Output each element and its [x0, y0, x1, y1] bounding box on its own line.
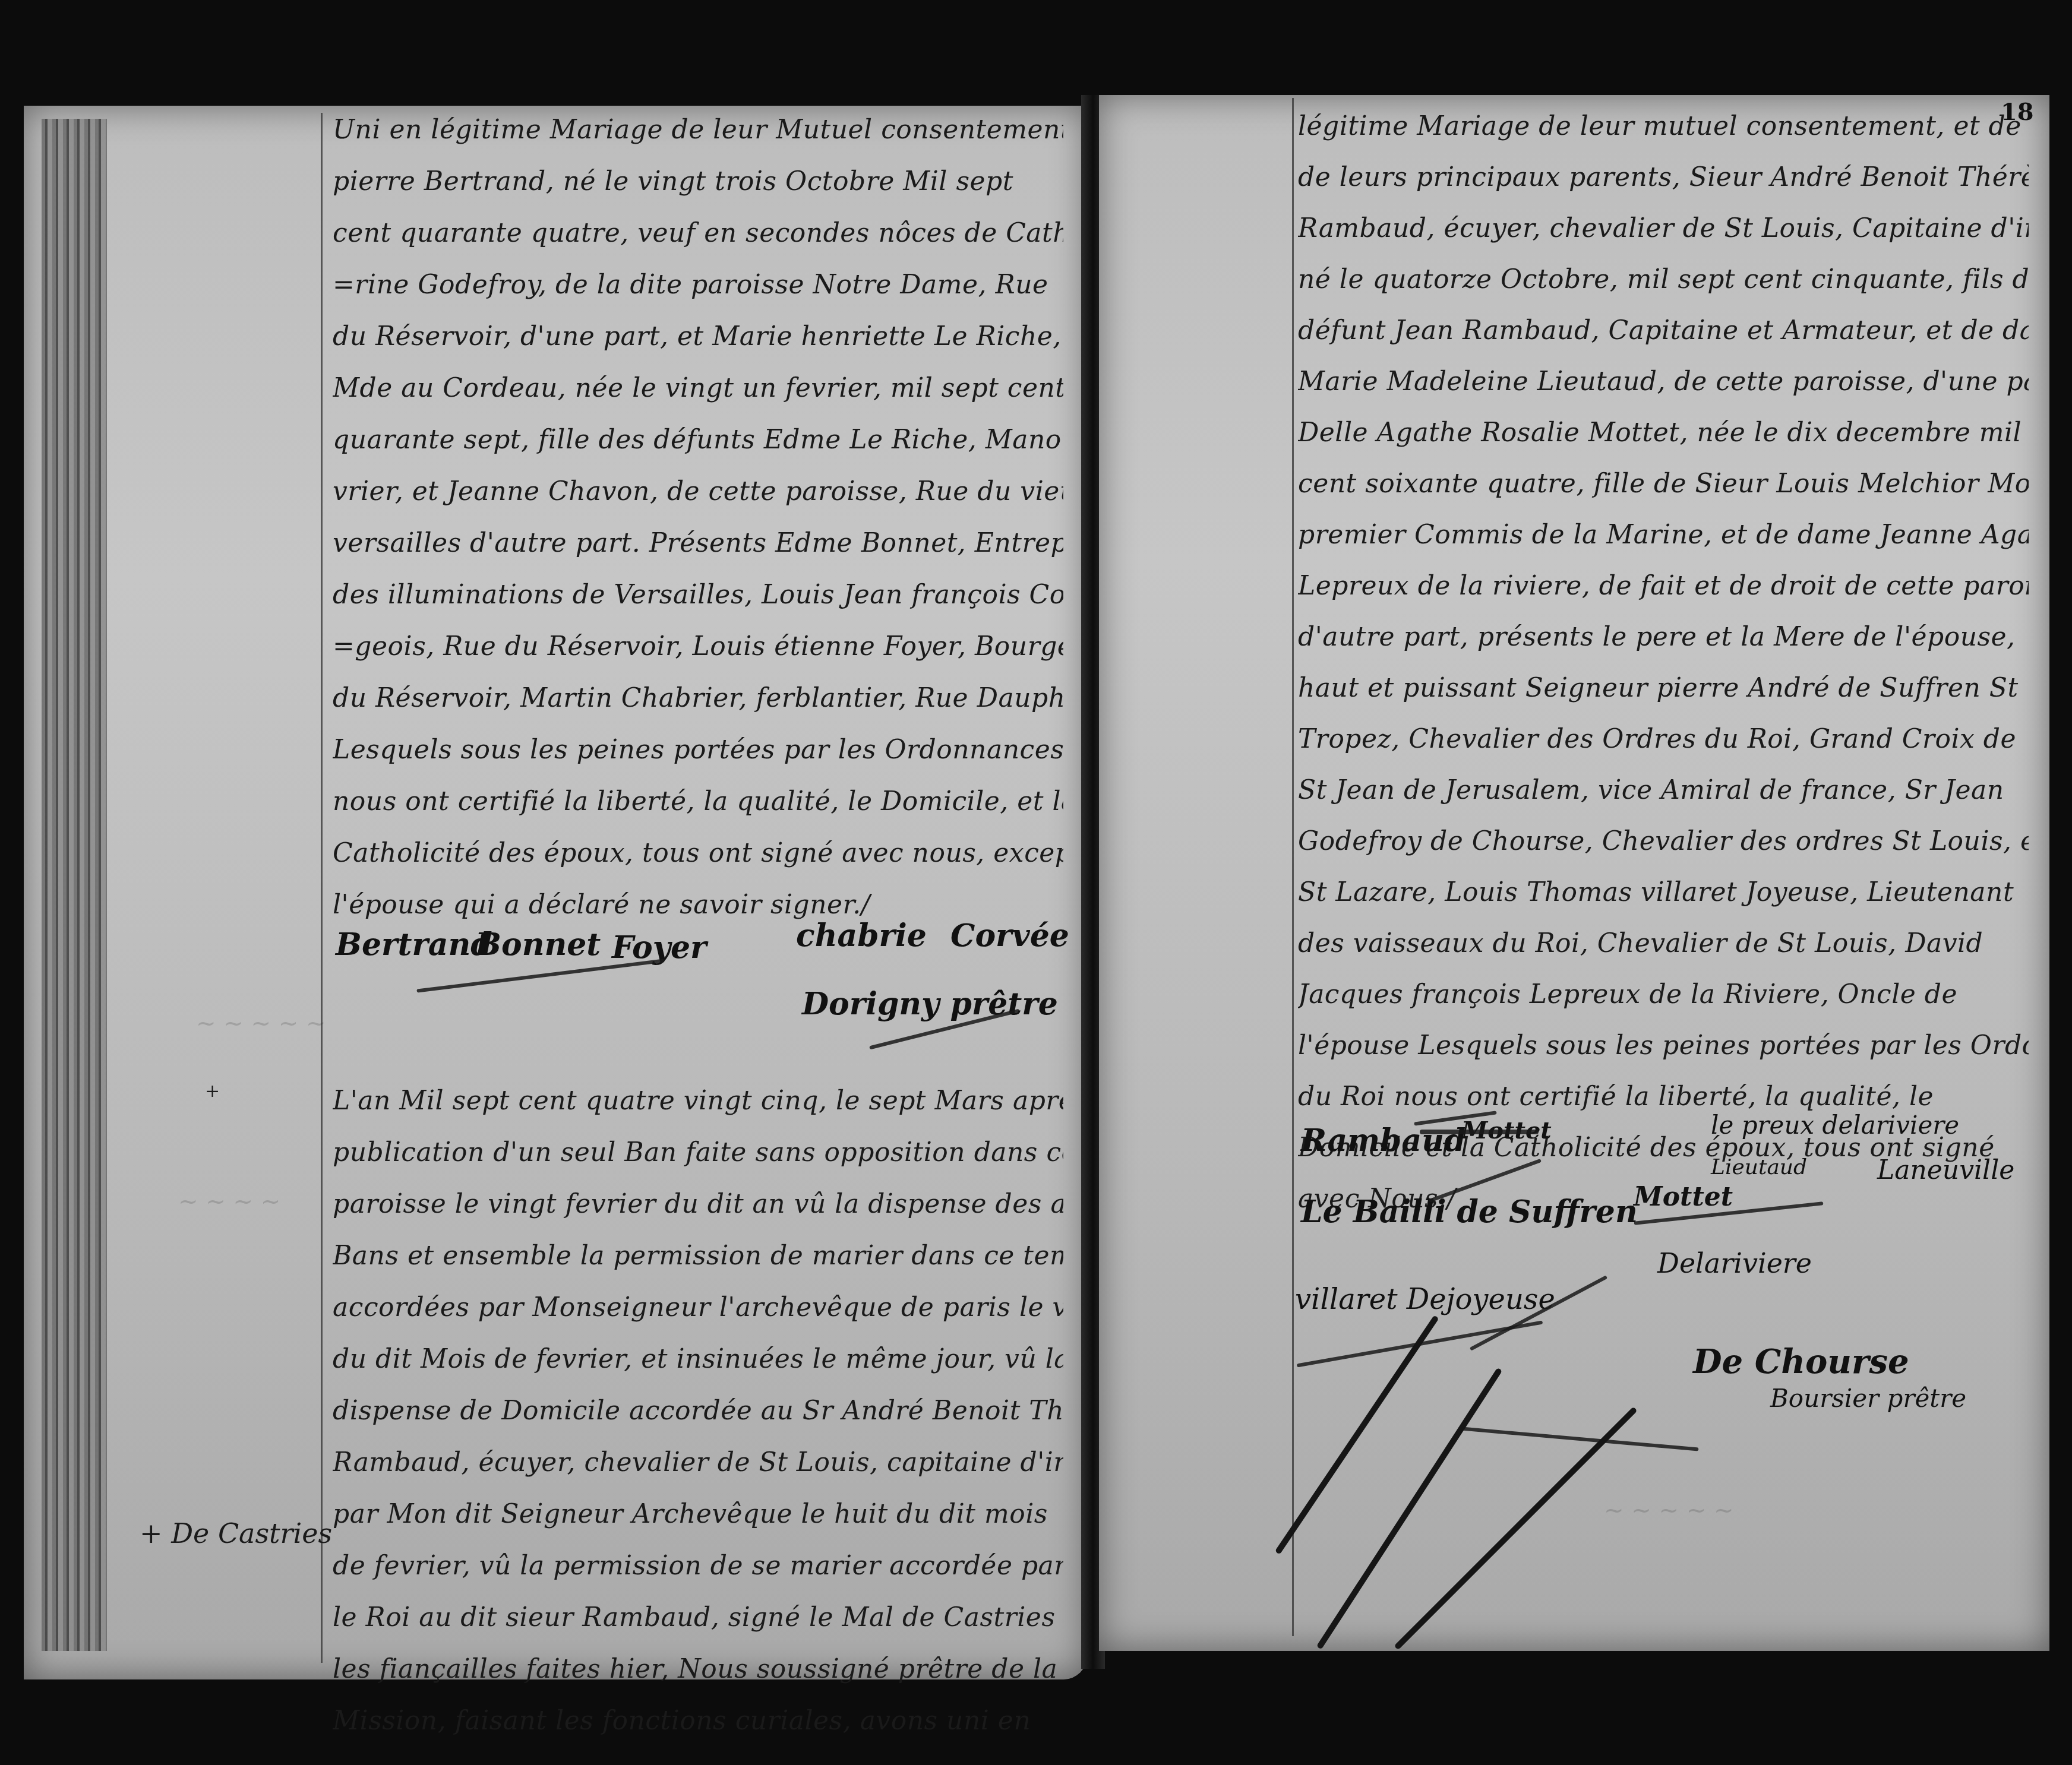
- text-line: d'autre part, présents le pere et la Mer…: [1298, 612, 2029, 663]
- marriage-1-text: Uni en légitime Mariage de leur Mutuel c…: [333, 104, 1063, 931]
- text-line: Marie Madeleine Lieutaud, de cette paroi…: [1298, 356, 2029, 407]
- signature: Corvée: [950, 918, 1069, 954]
- text-line: Delle Agathe Rosalie Mottet, née le dix …: [1298, 407, 2029, 458]
- signature: Lieutaud: [1711, 1155, 1807, 1179]
- text-line: Uni en légitime Mariage de leur Mutuel c…: [333, 104, 1063, 156]
- signature: Boursier prêtre: [1770, 1384, 1966, 1413]
- marriage-2-continued-text: légitime Mariage de leur mutuel consente…: [1298, 101, 2029, 1225]
- text-line: Mission, faisant les fonctions curiales,…: [333, 1695, 1063, 1747]
- text-line: vrier, et Jeanne Chavon, de cette parois…: [333, 466, 1063, 517]
- text-line: versailles d'autre part. Présents Edme B…: [333, 517, 1063, 569]
- text-line: premier Commis de la Marine, et de dame …: [1298, 510, 2029, 561]
- left-page-margin-rule: [321, 113, 323, 1663]
- bleed-through-text: ~ ~ ~ ~ ~: [1604, 1497, 1733, 1524]
- text-line: publication d'un seul Ban faite sans opp…: [333, 1127, 1063, 1178]
- text-line: quarante sept, fille des défunts Edme Le…: [333, 414, 1063, 466]
- right-page-margin-rule: [1292, 98, 1294, 1636]
- text-line: né le quatorze Octobre, mil sept cent ci…: [1298, 254, 2029, 305]
- text-line: du Réservoir, Martin Chabrier, ferblanti…: [333, 672, 1063, 724]
- text-line: Rambaud, écuyer, chevalier de St Louis, …: [1298, 203, 2029, 254]
- text-line: nous ont certifié la liberté, la qualité…: [333, 776, 1063, 827]
- signature-flourish: [1420, 1130, 1539, 1134]
- text-line: accordées par Monseigneur l'archevêque d…: [333, 1282, 1063, 1333]
- margin-cross-mark: +: [205, 1081, 220, 1102]
- marriage-2-text: L'an Mil sept cent quatre vingt cinq, le…: [333, 1075, 1063, 1747]
- signature: chabrie: [796, 918, 927, 954]
- text-line: Godefroy de Chourse, Chevalier des ordre…: [1298, 816, 2029, 867]
- book-page-edges: [42, 119, 107, 1651]
- text-line: cent quarante quatre, veuf en secondes n…: [333, 207, 1063, 259]
- signature: De Chourse: [1693, 1342, 1909, 1381]
- text-line: paroisse le vingt fevrier du dit an vû l…: [333, 1178, 1063, 1230]
- signature: Bonnet: [475, 926, 601, 963]
- text-line: l'épouse Lesquels sous les peines portée…: [1298, 1020, 2029, 1071]
- signature: Delariviere: [1657, 1247, 1812, 1279]
- text-line: Lesquels sous les peines portées par les…: [333, 724, 1063, 776]
- signature: Bertrand: [336, 926, 492, 963]
- text-line: Bans et ensemble la permission de marier…: [333, 1230, 1063, 1282]
- text-line: St Lazare, Louis Thomas villaret Joyeuse…: [1298, 867, 2029, 918]
- text-line: St Jean de Jerusalem, vice Amiral de fra…: [1298, 765, 2029, 816]
- text-line: de fevrier, vû la permission de se marie…: [333, 1540, 1063, 1592]
- text-line: Jacques françois Lepreux de la Riviere, …: [1298, 969, 2029, 1020]
- text-line: Mde au Cordeau, née le vingt un fevrier,…: [333, 362, 1063, 414]
- text-line: Tropez, Chevalier des Ordres du Roi, Gra…: [1298, 714, 2029, 765]
- bleed-through-text: ~ ~ ~ ~ ~: [196, 1010, 326, 1037]
- text-line: par Mon dit Seigneur Archevêque le huit …: [333, 1488, 1063, 1540]
- margin-note: + De Castries: [140, 1517, 332, 1549]
- text-line: légitime Mariage de leur mutuel consente…: [1298, 101, 2029, 152]
- signature: Le Bailli de Suffren: [1301, 1194, 1638, 1230]
- text-line: Catholicité des époux, tous ont signé av…: [333, 827, 1063, 879]
- text-line: =geois, Rue du Réservoir, Louis étienne …: [333, 621, 1063, 672]
- text-line: Rambaud, écuyer, chevalier de St Louis, …: [333, 1437, 1063, 1488]
- text-line: les fiançailles faites hier, Nous soussi…: [333, 1643, 1063, 1695]
- signature: Dorigny prêtre: [802, 986, 1058, 1022]
- signature: Rambaud: [1301, 1122, 1465, 1159]
- text-line: défunt Jean Rambaud, Capitaine et Armate…: [1298, 305, 2029, 356]
- text-line: haut et puissant Seigneur pierre André d…: [1298, 663, 2029, 714]
- signature: Laneuville: [1877, 1155, 2014, 1185]
- text-line: dispense de Domicile accordée au Sr Andr…: [333, 1385, 1063, 1437]
- text-line: L'an Mil sept cent quatre vingt cinq, le…: [333, 1075, 1063, 1127]
- text-line: le Roi au dit sieur Rambaud, signé le Ma…: [333, 1592, 1063, 1643]
- text-line: du dit Mois de fevrier, et insinuées le …: [333, 1333, 1063, 1385]
- signature: Mottet: [1634, 1182, 1733, 1212]
- text-line: de leurs principaux parents, Sieur André…: [1298, 152, 2029, 203]
- signature: le preux delariviere: [1711, 1111, 1959, 1140]
- text-line: cent soixante quatre, fille de Sieur Lou…: [1298, 458, 2029, 510]
- text-line: pierre Bertrand, né le vingt trois Octob…: [333, 156, 1063, 207]
- text-line: des vaisseaux du Roi, Chevalier de St Lo…: [1298, 918, 2029, 969]
- text-line: du Réservoir, d'une part, et Marie henri…: [333, 311, 1063, 362]
- text-line: Lepreux de la riviere, de fait et de dro…: [1298, 561, 2029, 612]
- bleed-through-text: ~ ~ ~ ~: [178, 1188, 280, 1215]
- signature: villaret Dejoyeuse: [1295, 1283, 1555, 1316]
- text-line: =rine Godefroy, de la dite paroisse Notr…: [333, 259, 1063, 311]
- text-line: des illuminations de Versailles, Louis J…: [333, 569, 1063, 621]
